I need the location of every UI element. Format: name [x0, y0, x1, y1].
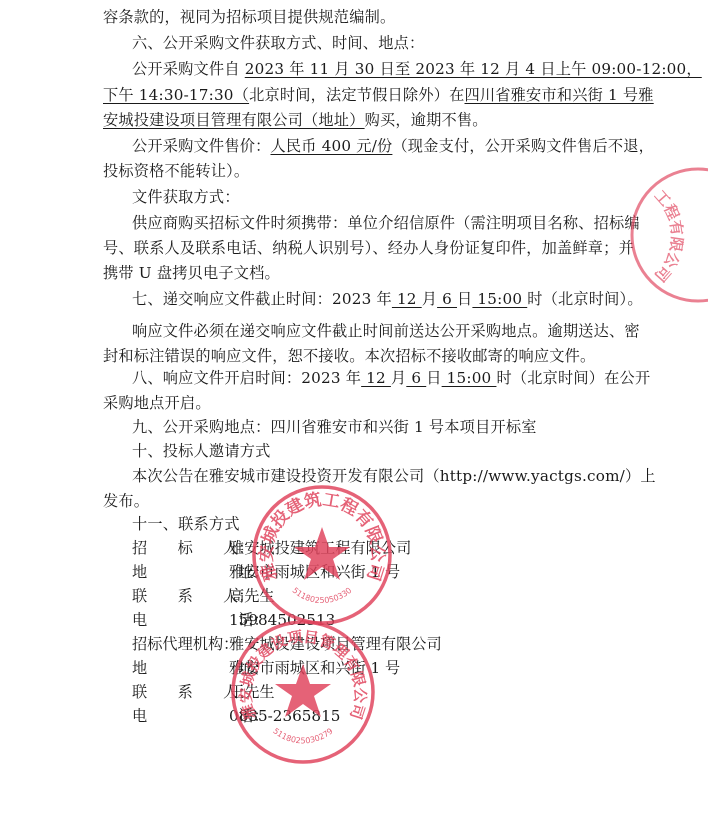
method-line-2: 号、联系人及联系电话、纳税人识别号）、经办人身份证复印件，加盖鲜章；并	[103, 238, 608, 258]
contact-tenderer-phone: 电 话：15984502513	[132, 610, 335, 630]
heading: 七、递交响应文件截止时间：	[132, 290, 332, 308]
text: 购买，逾期不售。	[365, 111, 488, 129]
label: 联 系 人：	[132, 682, 229, 702]
section-6-title: 六、公开采购文件获取方式、时间、地点：	[132, 33, 608, 53]
seal-code: 5118025050330	[291, 586, 354, 605]
text: 携带 U 盘拷贝电子文档。	[103, 264, 280, 282]
method-title: 文件获取方式：	[132, 187, 608, 207]
seal-text: 工程有限公司	[651, 187, 686, 286]
price: 人民币 400 元/份	[271, 137, 393, 155]
price-line-2: 投标资格不能转让）。	[103, 161, 608, 181]
text: 容条款的，视同为招标项目提供规范编制。	[103, 8, 395, 26]
day: 6	[437, 290, 457, 308]
text: 时（北京时间）在公开	[496, 369, 650, 387]
text: 2023 年	[301, 369, 361, 387]
text: 本次公告在雅安城市建设投资开发有限公司（http://www.yactgs.co…	[132, 467, 656, 485]
label: 电 话：	[132, 706, 229, 726]
text: 日	[457, 290, 472, 308]
text: 月	[422, 290, 437, 308]
text: 公开采购文件自	[132, 60, 245, 78]
contact-tenderer-address: 地 址：雅安市雨城区和兴街 1 号	[132, 562, 400, 582]
text: 北京时间，法定节假日除外）在	[249, 86, 464, 104]
contact-tenderer-person: 联 系 人：高先生	[132, 586, 275, 606]
contact-tenderer: 招 标 人：雅安城投建筑工程有限公司	[132, 538, 411, 558]
day: 6	[406, 369, 426, 387]
section-10-title: 十、投标人邀请方式	[132, 441, 608, 461]
date-range: 2023 年 11 月 30 日至 2023 年 12 月 4 日上午 09:0…	[245, 60, 702, 78]
address: 安城投建设项目管理有限公司（地址）	[103, 111, 365, 129]
value: 高先生	[229, 587, 275, 605]
label: 公开采购文件售价：	[132, 137, 271, 155]
section-7-deadline: 七、递交响应文件截止时间：2023 年 12 月 6 日 15:00 时（北京时…	[132, 289, 608, 309]
section-6-line-3: 安城投建设项目管理有限公司（地址）购买，逾期不售。	[103, 110, 608, 130]
value: 雅安市雨城区和兴街 1 号	[229, 659, 400, 677]
month: 12	[392, 290, 422, 308]
text: 号、联系人及联系电话、纳税人识别号）、经办人身份证复印件，加盖鲜章；并	[103, 239, 634, 257]
text: 供应商购买招标文件时须携带：单位介绍信原件（需注明项目名称、招标编	[132, 214, 640, 232]
section-7-line-2: 封和标注错误的响应文件，恕不接收。本次招标不接收邮寄的响应文件。	[103, 346, 608, 366]
heading: 九、公开采购地点：	[132, 418, 271, 436]
section-7-line-1: 响应文件必须在递交响应文件截止时间前送达公开采购地点。逾期送达、密	[132, 321, 608, 341]
label: 地 址：	[132, 562, 229, 582]
section-6-line-2: 下午 14:30-17:30（北京时间，法定节假日除外）在四川省雅安市和兴街 1…	[103, 85, 608, 105]
section-10-line-2: 发布。	[103, 491, 608, 511]
contact-agency-address: 地 址：雅安市雨城区和兴街 1 号	[132, 658, 400, 678]
label: 电 话：	[132, 610, 229, 630]
section-8-line-2: 采购地点开启。	[103, 393, 608, 413]
text: 月	[391, 369, 406, 387]
address: 四川省雅安市和兴街 1 号本项目开标室	[271, 418, 537, 436]
heading: 八、响应文件开启时间：	[132, 369, 301, 387]
document-page: 容条款的，视同为招标项目提供规范编制。 六、公开采购文件获取方式、时间、地点： …	[0, 0, 708, 824]
contact-agency-phone: 电 话：0835-2365815	[132, 706, 340, 726]
text: （现金支付，公开采购文件售后不退，	[392, 137, 654, 155]
label: 联 系 人：	[132, 586, 229, 606]
text: 日	[426, 369, 441, 387]
section-11-title: 十一、联系方式	[132, 514, 608, 534]
partial-seal-stamp: 工程有限公司	[620, 165, 708, 305]
heading: 六、公开采购文件获取方式、时间、地点：	[132, 34, 424, 52]
text: 时（北京时间）。	[527, 290, 643, 308]
label: 招标代理机构：	[132, 634, 229, 654]
heading: 十一、联系方式	[132, 515, 240, 533]
heading: 十、投标人邀请方式	[132, 442, 271, 460]
method-line-1: 供应商购买招标文件时须携带：单位介绍信原件（需注明项目名称、招标编	[132, 213, 608, 233]
method-line-3: 携带 U 盘拷贝电子文档。	[103, 263, 608, 283]
text: 发布。	[103, 492, 149, 510]
section-6-line-1: 公开采购文件自 2023 年 11 月 30 日至 2023 年 12 月 4 …	[132, 59, 608, 79]
text: 响应文件必须在递交响应文件截止时间前送达公开采购地点。逾期送达、密	[132, 322, 640, 340]
time: 15:00	[442, 369, 497, 387]
label: 地 址：	[132, 658, 229, 678]
value: 雅安市雨城区和兴街 1 号	[229, 563, 400, 581]
heading: 文件获取方式：	[132, 188, 240, 206]
text: 封和标注错误的响应文件，恕不接收。本次招标不接收邮寄的响应文件。	[103, 347, 595, 365]
value: 王先生	[229, 683, 275, 701]
contact-agency: 招标代理机构：雅安城投建设项目管理有限公司	[132, 634, 442, 654]
text: 2023 年	[332, 290, 392, 308]
value: 0835-2365815	[229, 707, 340, 725]
paragraph-line: 容条款的，视同为招标项目提供规范编制。	[103, 7, 608, 27]
value: 雅安城投建设项目管理有限公司	[229, 635, 442, 653]
time-range: 下午 14:30-17:30（	[103, 86, 249, 104]
label: 招 标 人：	[132, 538, 229, 558]
text: 采购地点开启。	[103, 394, 211, 412]
text: 投标资格不能转让）。	[103, 162, 249, 180]
section-10-line-1: 本次公告在雅安城市建设投资开发有限公司（http://www.yactgs.co…	[132, 466, 608, 486]
seal-code: 5118025030279	[271, 726, 334, 745]
value: 15984502513	[229, 611, 335, 629]
section-8-opening: 八、响应文件开启时间：2023 年 12 月 6 日 15:00 时（北京时间）…	[132, 368, 608, 388]
contact-agency-person: 联 系 人：王先生	[132, 682, 275, 702]
time: 15:00	[472, 290, 527, 308]
value: 雅安城投建筑工程有限公司	[229, 539, 411, 557]
section-9-location: 九、公开采购地点：四川省雅安市和兴街 1 号本项目开标室	[132, 417, 608, 437]
price-line-1: 公开采购文件售价：人民币 400 元/份（现金支付，公开采购文件售后不退，	[132, 136, 608, 156]
month: 12	[361, 369, 391, 387]
address: 四川省雅安市和兴街 1 号雅	[465, 86, 654, 104]
